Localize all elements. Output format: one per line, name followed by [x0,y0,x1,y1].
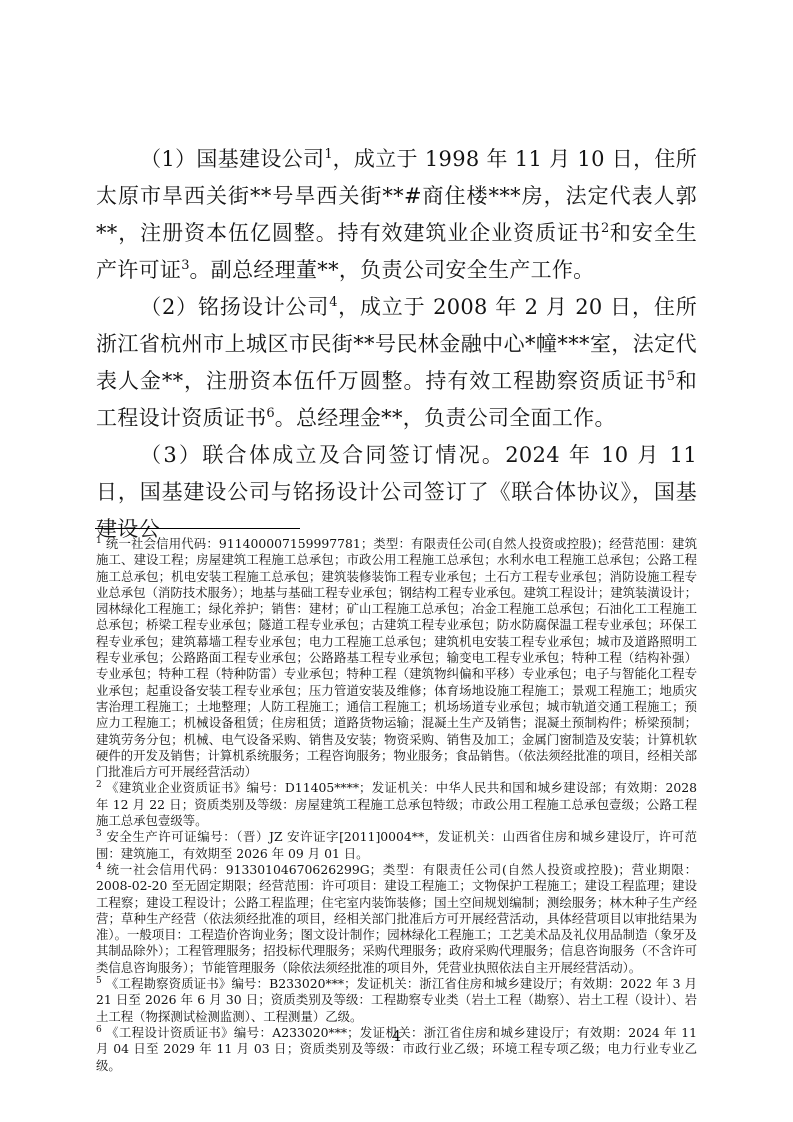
footnote-ref: 1 [324,147,332,162]
footnote-4: 4统一社会信用代码：91330104670626299G；类型：有限责任公司(自… [96,862,697,976]
footnote-number: 5 [96,976,102,986]
page-number: 4 [0,1029,793,1045]
footnote-ref: 6 [266,406,274,421]
footnote-3: 3安全生产许可证编号：（晋）JZ 安许证字[2011]0004**，发证机关：山… [96,829,697,862]
footnote-5: 5《工程勘察资质证书》编号：B233020***；发证机关：浙江省住房和城乡建设… [96,976,697,1025]
footnote-text: 《建筑业企业资质证书》编号：D11405****；发证机关：中华人民共和国和城乡… [96,780,697,828]
main-text-block: （1）国基建设公司1，成立于 1998 年 11 月 10 日，住所太原市旱西关… [96,141,697,548]
paragraph-company-1: （1）国基建设公司1，成立于 1998 年 11 月 10 日，住所太原市旱西关… [96,141,697,289]
footnote-number: 1 [96,536,102,546]
footnote-ref: 5 [667,369,675,384]
footnote-text: 《工程勘察资质证书》编号：B233020***；发证机关：浙江省住房和城乡建设厅… [96,976,697,1024]
footnote-ref: 2 [601,221,609,236]
footnote-ref: 4 [329,295,337,310]
footnote-number: 4 [96,862,102,872]
footnote-number: 2 [96,780,102,790]
footnote-text: 统一社会信用代码：911400007159997781；类型：有限责任公司(自然… [96,536,697,779]
footnote-1: 1统一社会信用代码：911400007159997781；类型：有限责任公司(自… [96,536,697,780]
footnote-2: 2《建筑业企业资质证书》编号：D11405****；发证机关：中华人民共和国和城… [96,780,697,829]
paragraph-company-2: （2）铭扬设计公司4，成立于 2008 年 2 月 20 日，住所浙江省杭州市上… [96,289,697,437]
footnote-separator-line [95,528,300,529]
document-page: （1）国基建设公司1，成立于 1998 年 11 月 10 日，住所太原市旱西关… [0,0,793,1122]
footnote-ref: 3 [181,258,189,273]
footnote-number: 3 [96,829,102,839]
footnotes-section: 1统一社会信用代码：911400007159997781；类型：有限责任公司(自… [96,536,697,1074]
footnote-text: 统一社会信用代码：91330104670626299G；类型：有限责任公司(自然… [96,862,697,975]
paragraph-consortium: （3）联合体成立及合同签订情况。2024 年 10 月 11 日，国基建设公司与… [96,437,697,548]
footnote-text: 安全生产许可证编号：（晋）JZ 安许证字[2011]0004**，发证机关：山西… [96,829,697,860]
